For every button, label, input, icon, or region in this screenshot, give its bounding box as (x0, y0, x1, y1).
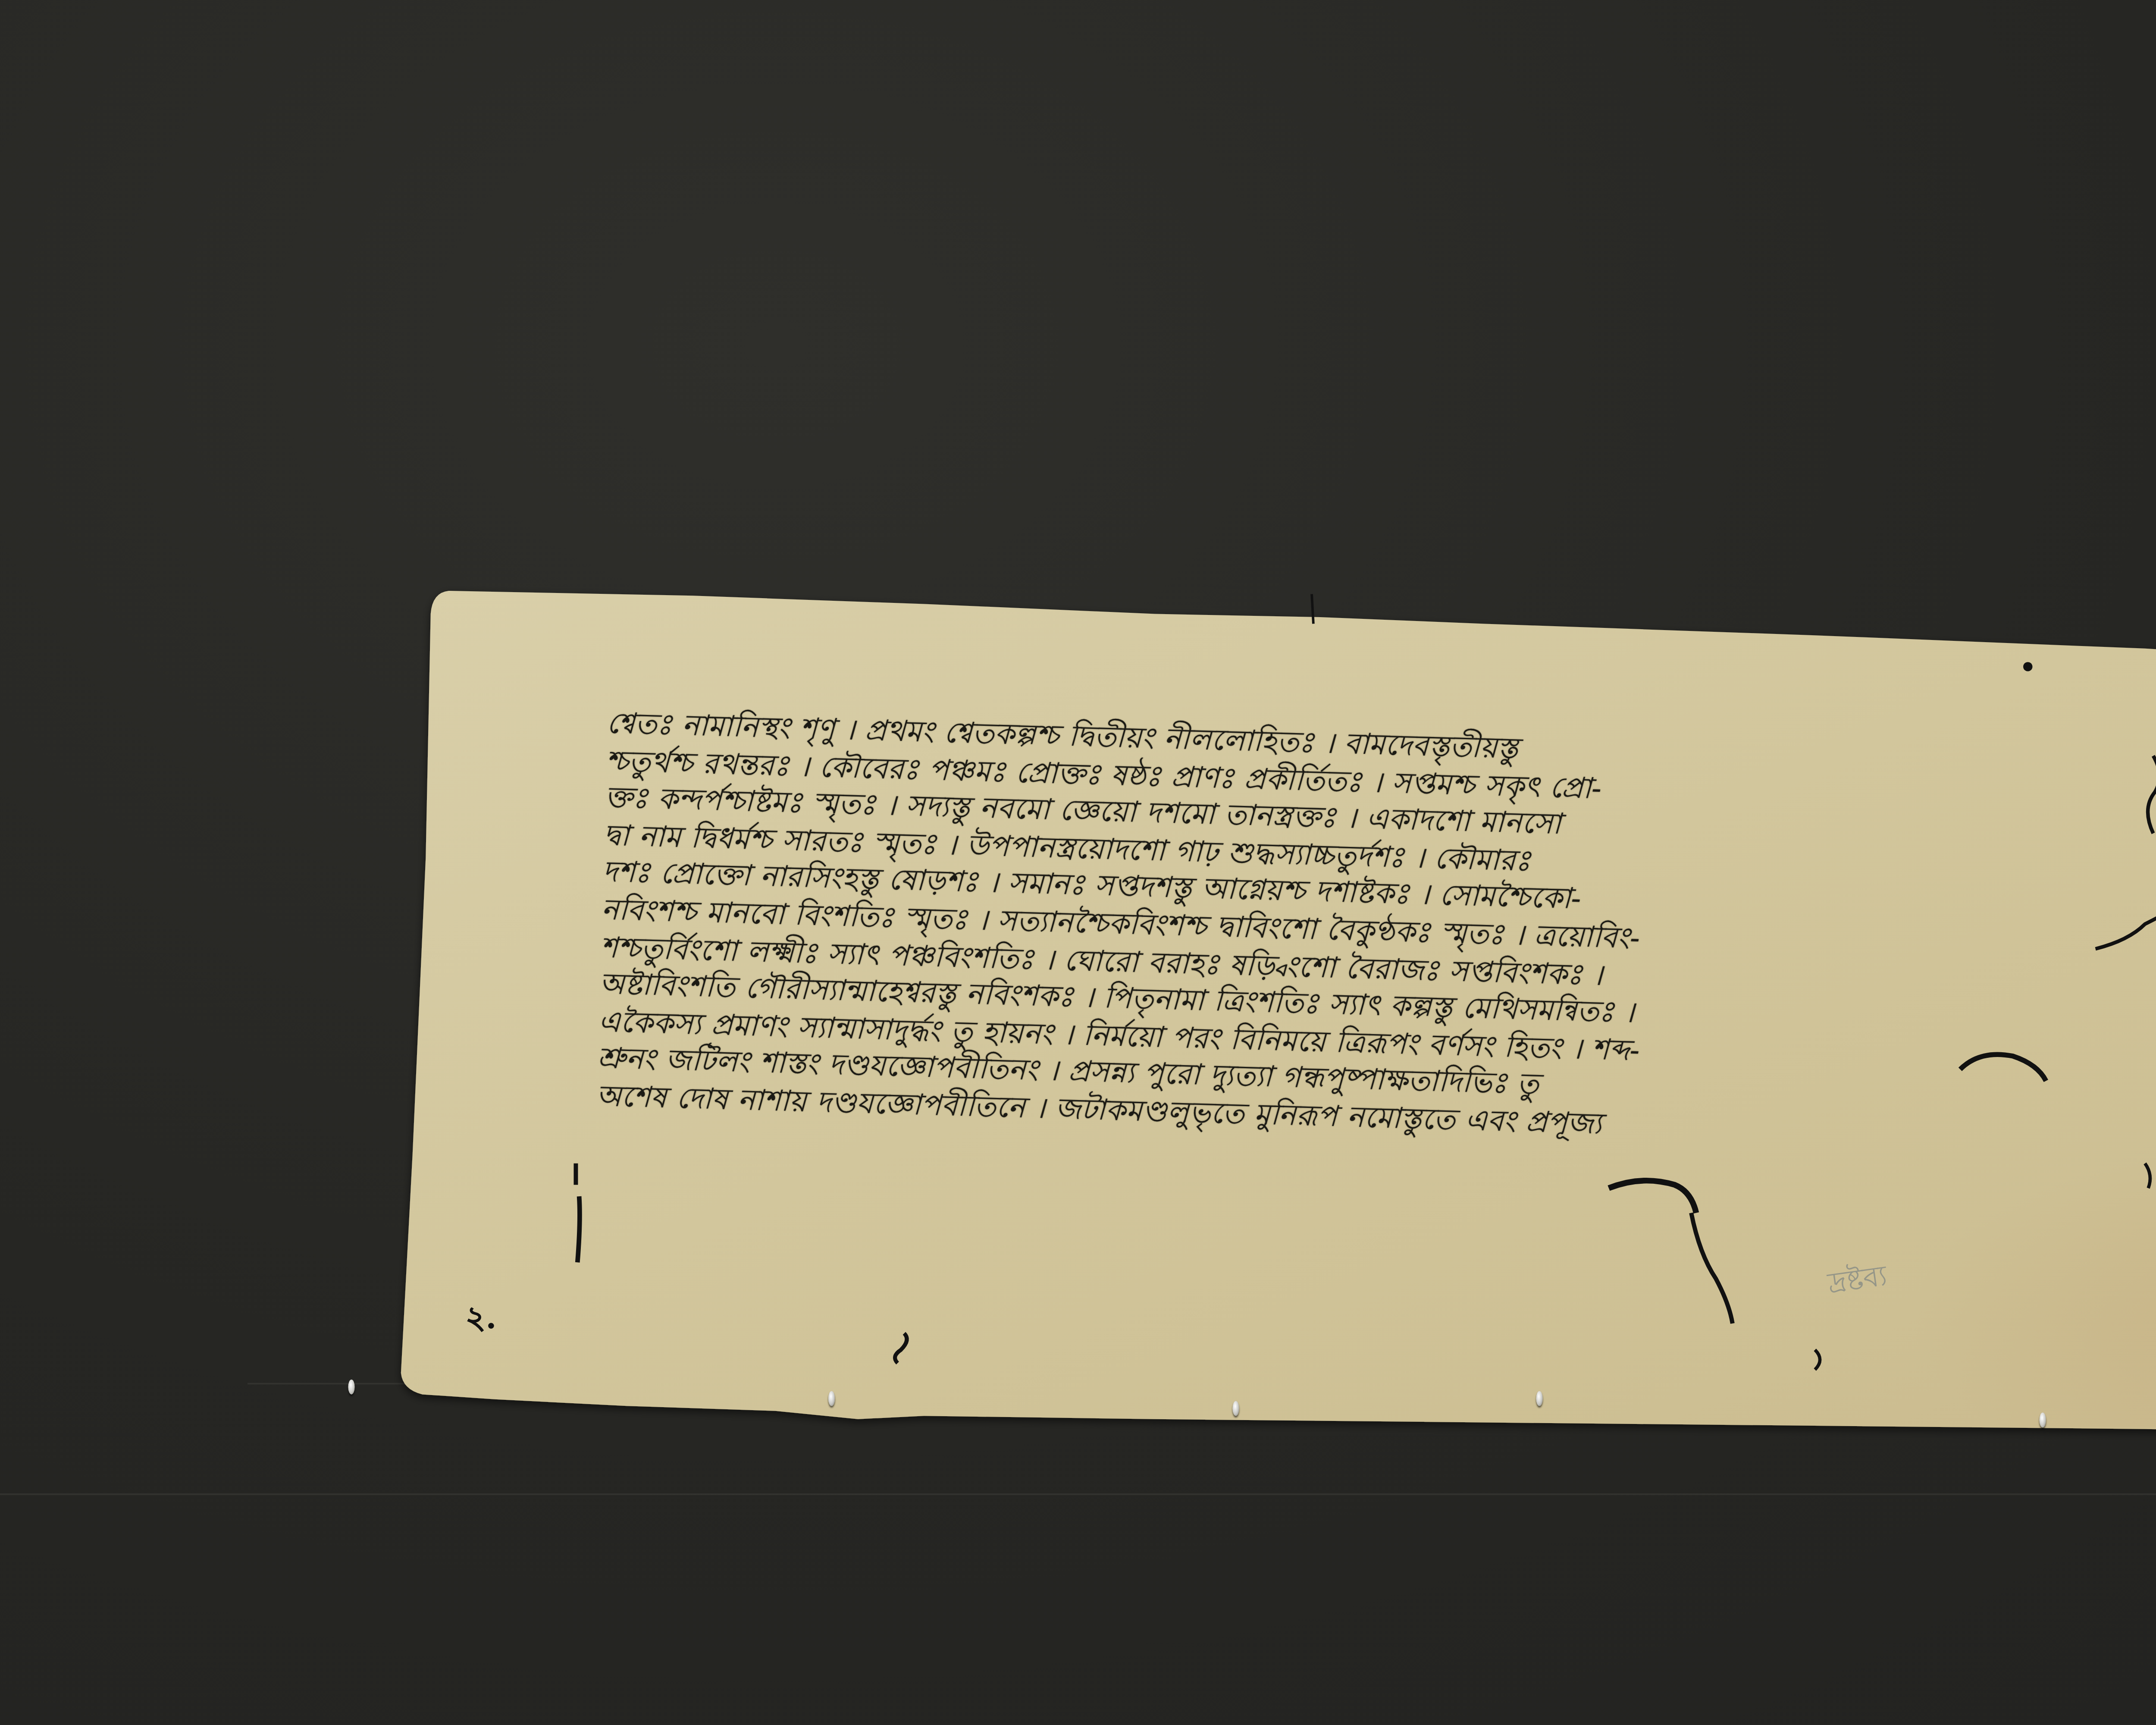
mounting-pin-icon (348, 1380, 354, 1394)
bottom-left-mark: ২. (465, 1295, 497, 1348)
photo-stage: শ্বেতঃ নামানিস্থং শৃণু । প্রথমং শ্বেতকল্… (0, 0, 2156, 1725)
pencil-note-center: দ্রষ্টব্য (1825, 1255, 1890, 1309)
mounting-pin-icon (828, 1391, 835, 1406)
mounting-pin-icon (1232, 1401, 1239, 1416)
mounting-pin-icon (2040, 1412, 2046, 1427)
manuscript-text-block: শ্বেতঃ নামানিস্থং শৃণু । প্রথমং শ্বেতকল্… (596, 706, 2156, 1162)
mounting-pin-icon (1536, 1391, 1542, 1406)
